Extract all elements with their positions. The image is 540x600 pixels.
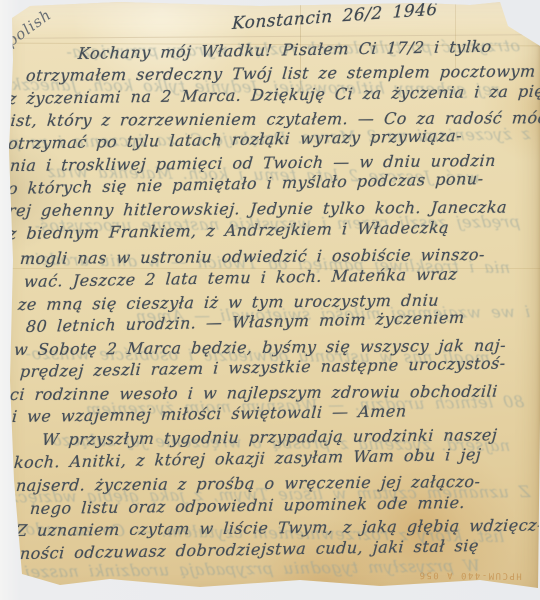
letter-paper: otrzymać po tylu latach rozłąki wyrazy p… [0, 0, 540, 600]
archive-stamp: HPCUM-440 A 056 [418, 570, 522, 581]
handwritten-line: ci rodzinne wesoło i w najlepszym zdrowi… [9, 382, 498, 404]
scanned-letter: otrzymać po tylu latach rozłąki wyrazy p… [0, 0, 540, 600]
handwritten-line: najserd. życzenia z prośbą o wręczenie j… [15, 472, 481, 495]
handwritten-line: rej gehenny hitlerowskiej. Jedynie tylko… [7, 198, 508, 220]
